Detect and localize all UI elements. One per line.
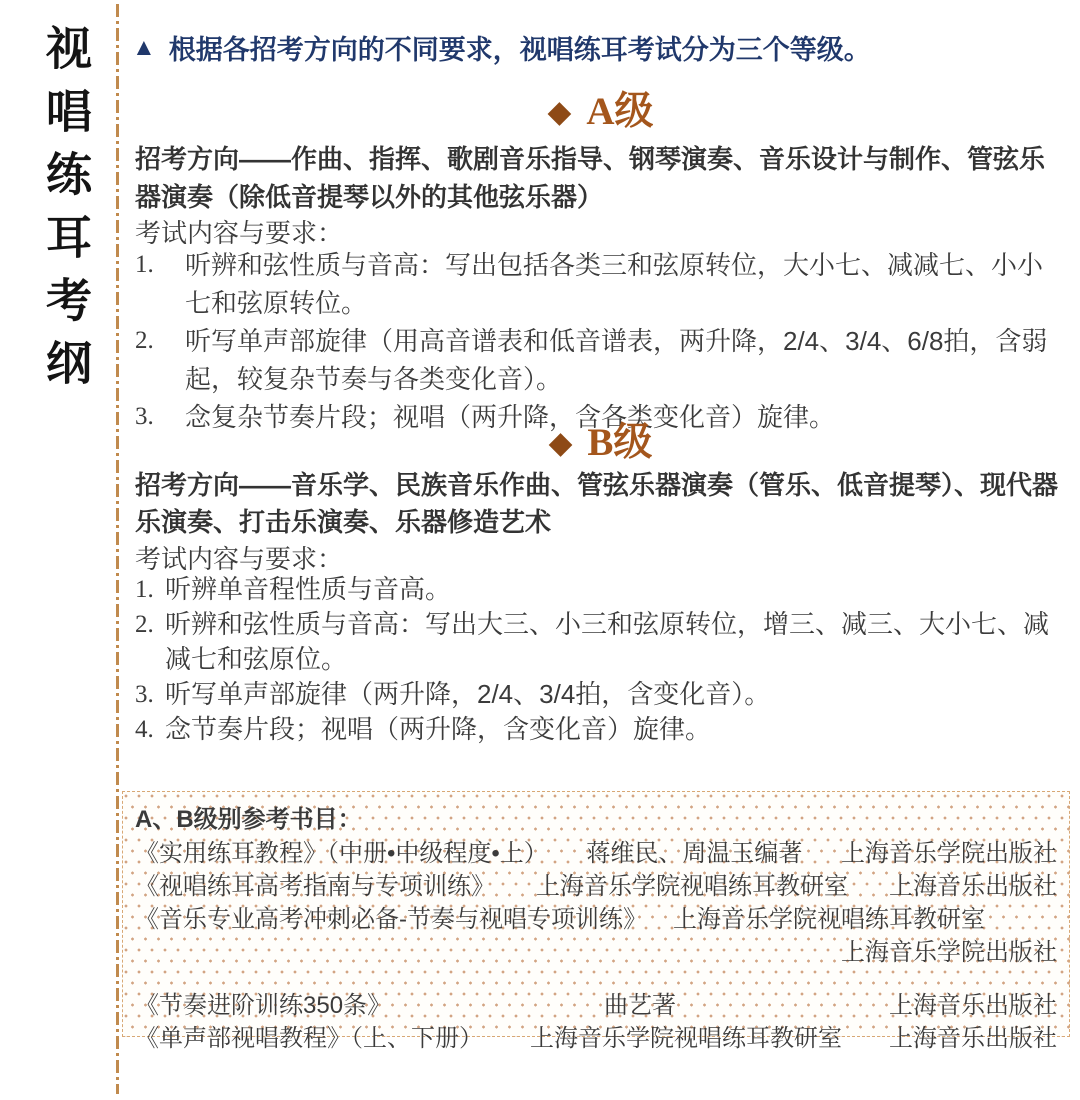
- list-item: 4. 念节奏片段；视唱（两升降，含变化音）旋律。: [135, 712, 1066, 747]
- reference-row: 《音乐专业高考冲刺必备-节奏与视唱专项训练》 上海音乐学院视唱练耳教研室: [135, 903, 1057, 936]
- list-item: 2. 听辨和弦性质与音高：写出大三、小三和弦原转位，增三、减三、大小七、减减七和…: [135, 607, 1066, 677]
- vertical-dashed-divider: [116, 4, 119, 1094]
- level-a-list: 1. 听辨和弦性质与音高：写出包括各类三和弦原转位，大小七、减减七、小小七和弦原…: [135, 246, 1066, 436]
- exam-syllabus-page: 视唱练耳考纲 ▲ 根据各招考方向的不同要求，视唱练耳考试分为三个等级。 ◆ A级…: [0, 0, 1080, 1100]
- book-publisher: 上海音乐学院出版社: [841, 936, 1057, 969]
- level-a-direction: 招考方向——作曲、指挥、歌剧音乐指导、钢琴演奏、音乐设计与制作、管弦乐器演奏（除…: [135, 140, 1066, 216]
- level-b-heading: ◆ B级: [135, 423, 1066, 462]
- list-item-number: 1.: [135, 246, 185, 284]
- book-title: 《单声部视唱教程》（上、下册）: [135, 1022, 483, 1055]
- level-a-heading: ◆ A级: [135, 92, 1066, 131]
- book-publisher: 上海音乐学院出版社: [841, 837, 1057, 870]
- book-title: 《节奏进阶训练350条》: [135, 989, 391, 1022]
- reference-box-title: A、B级别参考书目：: [135, 803, 1057, 837]
- list-item-number: 4.: [135, 712, 165, 747]
- list-item-text: 念节奏片段；视唱（两升降，含变化音）旋律。: [165, 712, 1066, 747]
- book-title: 《实用练耳教程》（中册•中级程度•上）: [135, 837, 548, 870]
- level-b-label: B级: [587, 423, 652, 462]
- reference-row: 《节奏进阶训练350条》 曲艺著 上海音乐出版社: [135, 989, 1057, 1022]
- reference-row: 《视唱练耳高考指南与专项训练》 上海音乐学院视唱练耳教研室 上海音乐出版社: [135, 870, 1057, 903]
- list-item: 1. 听辨和弦性质与音高：写出包括各类三和弦原转位，大小七、减减七、小小七和弦原…: [135, 246, 1066, 322]
- intro-note: ▲ 根据各招考方向的不同要求，视唱练耳考试分为三个等级。: [132, 28, 1066, 67]
- level-b-list: 1. 听辨单音程性质与音高。 2. 听辨和弦性质与音高：写出大三、小三和弦原转位…: [135, 572, 1066, 747]
- triangle-icon: ▲: [132, 36, 156, 60]
- diamond-icon: ◆: [547, 96, 571, 127]
- reference-books-box: A、B级别参考书目： 《实用练耳教程》（中册•中级程度•上） 蒋维民、周温玉编著…: [122, 791, 1070, 1037]
- book-authors: 曲艺著: [604, 989, 676, 1022]
- list-item-number: 3.: [135, 677, 165, 712]
- reference-row: 上海音乐学院出版社: [135, 936, 1057, 969]
- list-item-text: 听辨和弦性质与音高：写出大三、小三和弦原转位，增三、减三、大小七、减减七和弦原位…: [165, 607, 1066, 677]
- book-authors: 蒋维民、周温玉编著: [586, 837, 802, 870]
- list-item-text: 听写单声部旋律（用高音谱表和低音谱表，两升降，2/4、3/4、6/8拍，含弱起，…: [185, 322, 1066, 398]
- sidebar-vertical-title: 视唱练耳考纲: [42, 24, 90, 402]
- list-item: 2. 听写单声部旋律（用高音谱表和低音谱表，两升降，2/4、3/4、6/8拍，含…: [135, 322, 1066, 398]
- book-authors: 上海音乐学院视唱练耳教研室: [673, 903, 985, 936]
- level-b-requirements-label: 考试内容与要求：: [135, 539, 1066, 576]
- level-a-label: A级: [586, 92, 653, 131]
- list-item: 1. 听辨单音程性质与音高。: [135, 572, 1066, 607]
- book-publisher: 上海音乐出版社: [889, 870, 1057, 903]
- reference-row: 《实用练耳教程》（中册•中级程度•上） 蒋维民、周温玉编著 上海音乐学院出版社: [135, 837, 1057, 870]
- level-a-requirements-label: 考试内容与要求：: [135, 213, 1066, 250]
- diamond-icon: ◆: [549, 427, 573, 458]
- list-item-text: 听辨单音程性质与音高。: [165, 572, 1066, 607]
- list-item-number: 1.: [135, 572, 165, 607]
- book-publisher: 上海音乐出版社: [889, 1022, 1057, 1055]
- intro-note-text: 根据各招考方向的不同要求，视唱练耳考试分为三个等级。: [169, 28, 871, 67]
- list-item-text: 听辨和弦性质与音高：写出包括各类三和弦原转位，大小七、减减七、小小七和弦原转位。: [185, 246, 1066, 322]
- reference-row: 《单声部视唱教程》（上、下册） 上海音乐学院视唱练耳教研室 上海音乐出版社: [135, 1022, 1057, 1055]
- book-title: 《视唱练耳高考指南与专项训练》: [135, 870, 495, 903]
- list-item: 3. 听写单声部旋律（两升降，2/4、3/4拍，含变化音）。: [135, 677, 1066, 712]
- book-authors: 上海音乐学院视唱练耳教研室: [530, 1022, 842, 1055]
- book-authors: 上海音乐学院视唱练耳教研室: [536, 870, 848, 903]
- list-item-number: 2.: [135, 607, 165, 642]
- book-title: 《音乐专业高考冲刺必备-节奏与视唱专项训练》: [135, 903, 647, 936]
- book-publisher: 上海音乐出版社: [889, 989, 1057, 1022]
- level-b-direction: 招考方向——音乐学、民族音乐作曲、管弦乐器演奏（管乐、低音提琴）、现代器乐演奏、…: [135, 467, 1066, 541]
- list-item-number: 2.: [135, 322, 185, 360]
- list-item-text: 听写单声部旋律（两升降，2/4、3/4拍，含变化音）。: [165, 677, 1066, 712]
